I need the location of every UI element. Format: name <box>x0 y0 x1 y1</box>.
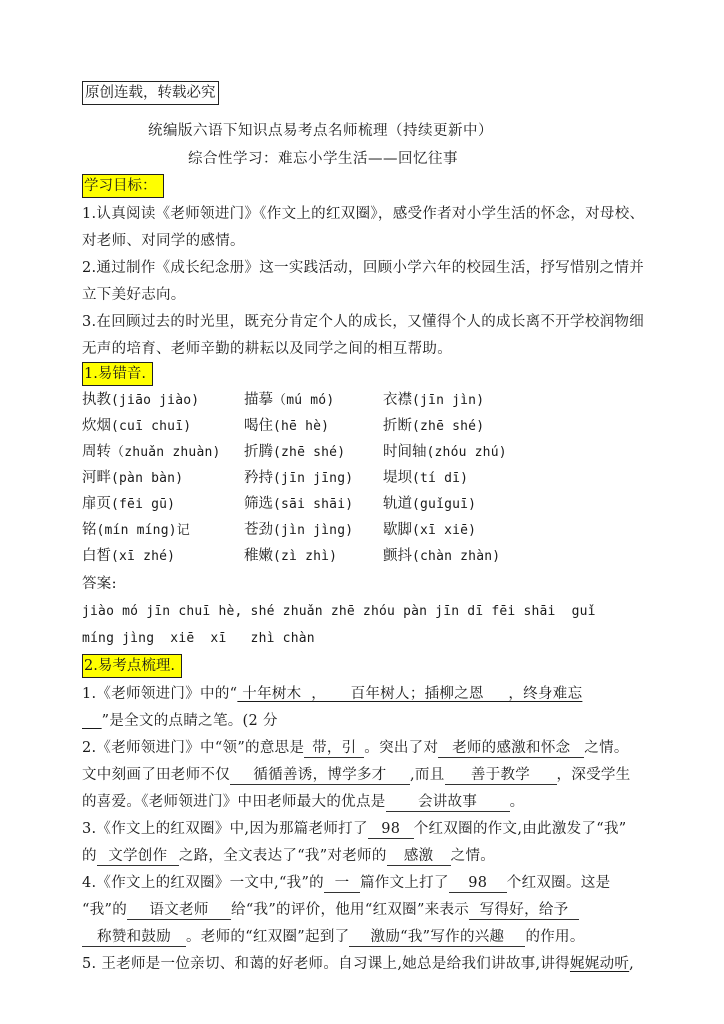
pron-item: 稚嫩(zì zhì) <box>244 546 337 567</box>
answer-blank: 语文老师 <box>127 901 231 920</box>
pron-item: 苍劲(jìn jìng) <box>244 520 353 541</box>
answer-blank: 善于教学 <box>445 766 557 785</box>
pron-item: 铭(mín míng)记 <box>82 520 190 541</box>
pron-item: 炊烟(cuī chuī) <box>82 416 191 437</box>
objective-line: 1.认真阅读《老师领进门》《作文上的红双圈》，感受作者对小学生活的怀念，对母校、 <box>82 204 644 224</box>
pron-item: 喝住(hē hè) <box>244 416 329 437</box>
answer-blank: 带，引 <box>304 739 364 758</box>
question-2-line-2: 文中刻画了田老师不仅循循善诱，博学多才,而且善于教学，深受学生 <box>82 765 631 785</box>
pron-item: 执教(jiāo jiào) <box>82 390 199 411</box>
objective-line: 立下美好志向。 <box>82 285 186 305</box>
answer-blank: 98 <box>368 820 414 839</box>
pron-item: 折断(zhē shé) <box>383 416 484 437</box>
question-4-line-3: 称赞和鼓励。老师的“红双圈”起到了激励“我”写作的兴趣的作用。 <box>82 927 585 947</box>
answer-blank: 称赞和鼓励 <box>82 928 186 947</box>
answer-blank: 会讲故事 <box>386 793 510 812</box>
answer-blank: 十年树木 ， 百年树人；插柳之恩 ，终身难忘 <box>237 686 582 702</box>
pron-item: 歇脚(xī xiē) <box>383 520 476 541</box>
answer-blank <box>82 713 102 729</box>
pron-item: 堤坝(tí dī) <box>383 468 468 489</box>
question-4-line-1: 4.《作文上的红双圈》一文中,“我”的一篇作文上打了98个红双圈。这是 <box>82 873 610 893</box>
pron-item: 时间轴(zhóu zhú) <box>383 442 507 463</box>
answer-label: 答案: <box>82 574 117 594</box>
question-2-line-1: 2.《老师领进门》中“领”的意思是带，引。突出了对老师的感激和怀念之情。 <box>82 738 629 758</box>
question-1-line-1: 1.《老师领进门》中的“ 十年树木 ， 百年树人；插柳之恩 ，终身难忘 <box>82 684 582 704</box>
document-title: 统编版六语下知识点易考点名师梳理（持续更新中） <box>148 121 493 141</box>
objectives-heading: 学习目标： <box>82 174 164 198</box>
underlined-answer: 娓娓动听 <box>570 956 629 972</box>
pron-item: 轨道(guǐguī) <box>383 494 476 515</box>
question-1-line-2: ”是全文的点睛之笔。(2 分 <box>82 711 278 731</box>
answer-blank: 感激 <box>387 847 451 866</box>
pron-item: 颤抖(chàn zhàn) <box>383 546 500 567</box>
answer-line: jiào mó jīn chuī hè, shé zhuǎn zhē zhóu … <box>82 602 596 622</box>
question-2-line-3: 的喜爱。《老师领进门》中田老师最大的优点是会讲故事。 <box>82 792 524 812</box>
pron-item: 周转（zhuǎn zhuàn) <box>82 442 221 463</box>
objective-line: 3.在回顾过去的时光里，既充分肯定个人的成长，又懂得个人的成长离不开学校润物细 <box>82 312 644 332</box>
pron-item: 扉页(fēi gū) <box>82 494 175 515</box>
pron-item: 河畔(pàn bàn) <box>82 468 183 489</box>
pron-item: 折腾(zhē shé) <box>244 442 345 463</box>
answer-blank: 老师的感激和怀念 <box>438 739 584 758</box>
answer-blank: 文学创作 <box>97 847 179 866</box>
document-subtitle: 综合性学习：难忘小学生活——回忆往事 <box>188 149 458 169</box>
answer-blank: 98 <box>449 874 507 893</box>
answer-blank: 写得好，给予 <box>469 901 579 920</box>
objective-line: 无声的培育、老师辛勤的耕耘以及同学之间的相互帮助。 <box>82 339 452 359</box>
answer-blank: 激励“我”写作的兴趣 <box>349 928 525 947</box>
answer-line: míng jìng xiē xī zhì chàn <box>82 629 315 649</box>
answer-blank: 循循善诱，博学多才 <box>230 766 410 785</box>
document-page: 原创连载，转载必究 统编版六语下知识点易考点名师梳理（持续更新中） 综合性学习：… <box>0 0 724 1024</box>
pron-item: 白皙(xī zhé) <box>82 546 175 567</box>
answer-blank: 一 <box>324 874 360 893</box>
objective-line: 对老师、对同学的感情。 <box>82 231 245 251</box>
pron-item: 衣襟(jīn jìn) <box>383 390 484 411</box>
pronunciation-heading: 1.易错音. <box>82 362 153 386</box>
question-4-line-2: “我”的语文老师给“我”的评价，他用“红双圈”来表示写得好，给予 <box>82 900 579 920</box>
pron-item: 矜持(jīn jīng) <box>244 468 353 489</box>
key-points-heading: 2.易考点梳理. <box>82 654 182 678</box>
pron-item: 筛选(sāi shāi) <box>244 494 353 515</box>
copyright-box: 原创连载，转载必究 <box>82 81 219 105</box>
question-3-line-1: 3.《作文上的红双圈》中,因为那篇老师打了98个红双圈的作文,由此激发了“我” <box>82 819 626 839</box>
objective-line: 2.通过制作《成长纪念册》这一实践活动，回顾小学六年的校园生活，抒写惜别之情并 <box>82 258 644 278</box>
pron-item: 描摹（mú mó) <box>244 390 334 411</box>
question-5-line-1: 5. 王老师是一位亲切、和蔼的好老师。自习课上,她总是给我们讲故事,讲得娓娓动听… <box>82 954 634 974</box>
question-3-line-2: 的文学创作之路，全文表达了“我”对老师的感激之情。 <box>82 846 495 866</box>
